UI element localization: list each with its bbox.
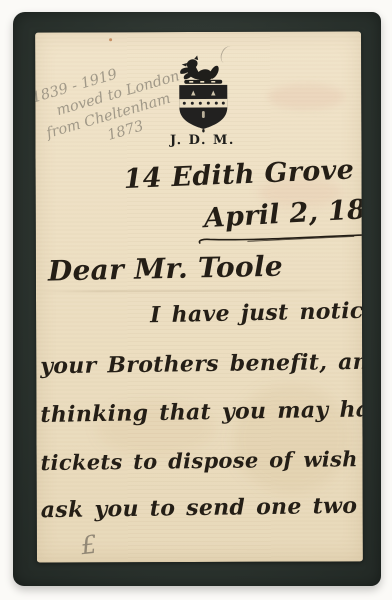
- paper-crease: [36, 289, 362, 292]
- pencil-pound-mark: £: [79, 530, 98, 561]
- date-line: April 2, 1874: [203, 192, 363, 234]
- dark-card-mount: 1839 - 1919 moved to London from Chelten…: [13, 12, 381, 586]
- crest-demi-lion-shield-icon: [167, 54, 239, 134]
- address-line: 14 Edith Grove S.W.: [123, 151, 363, 195]
- scanned-letter-photo: 1839 - 1919 moved to London from Chelten…: [0, 0, 392, 600]
- body-line: thinking that you may have: [40, 396, 363, 428]
- letterhead-monogram: J. D. M.: [155, 133, 249, 148]
- body-line: I have just noticed: [150, 297, 363, 328]
- body-line: ask you to send one two: [41, 493, 358, 523]
- letter-sheet: 1839 - 1919 moved to London from Chelten…: [35, 31, 363, 562]
- heraldic-crest-icon: [167, 54, 239, 134]
- body-line: tickets to dispose of wish to: [40, 446, 362, 475]
- body-line: your Brothers benefit, and: [40, 349, 363, 380]
- salutation: Dear Mr. Toole: [48, 250, 284, 288]
- date-underline-flourish: [196, 229, 363, 248]
- rust-speck: [109, 38, 112, 41]
- paper-stain: [267, 83, 345, 109]
